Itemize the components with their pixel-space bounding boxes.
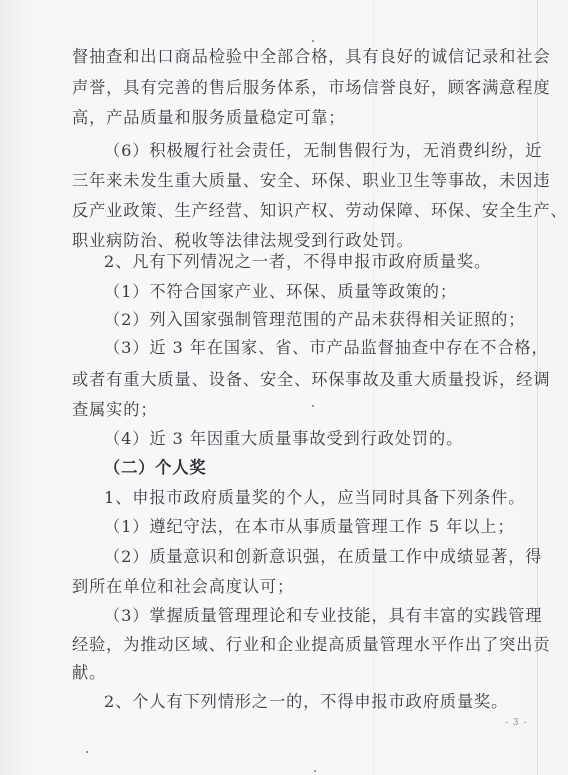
text-line: 献。 [72,658,484,688]
text-line: 三年来未发生重大质量、安全、环保、职业卫生等事故，未因违 [72,166,484,196]
text-line: 到所在单位和社会高度认可； [72,572,484,602]
text-line: （2）列入国家强制管理范围的产品未获得相关证照的； [104,305,516,335]
text-line: 经验，为推动区域、行业和企业提高质量管理水平作出了突出贡 [72,630,484,660]
text-line: （4）近 3 年因重大质量事故受到行政处罚的。 [104,424,516,454]
scanned-page: 督抽查和出口商品检验中全部合格，具有良好的诚信记录和社会 声誉，具有完善的售后服… [0,0,568,775]
text-line: 查属实的； [72,395,484,425]
scan-speck [314,770,316,772]
text-line: 2、凡有下列情况之一者，不得申报市政府质量奖。 [104,247,516,277]
text-line: 高，产品质量和服务质量稳定可靠； [72,103,484,133]
text-line: （3）掌握质量管理理论和专业技能，具有丰富的实践管理 [104,601,516,631]
text-line: 督抽查和出口商品检验中全部合格，具有良好的诚信记录和社会 [72,42,484,72]
text-line: （3）近 3 年在国家、省、市产品监督抽查中存在不合格， [104,333,516,363]
text-line: （6）积极履行社会责任，无制售假行为，无消费纠纷，近 [104,136,516,166]
text-line: （2）质量意识和创新意识强，在质量工作中成绩显著，得 [104,542,516,572]
scan-speck [312,40,314,42]
text-line: （1）遵纪守法，在本市从事质量管理工作 5 年以上； [104,512,516,542]
text-line: 声誉，具有完善的售后服务体系，市场信誉良好，顾客满意程度 [72,73,484,103]
text-line: 1、申报市政府质量奖的个人，应当同时具备下列条件。 [104,483,516,513]
text-line: 反产业政策、生产经营、知识产权、劳动保障、环保、安全生产、 [72,196,484,226]
section-heading: （二）个人奖 [104,453,516,483]
text-line: （1）不符合国家产业、环保、质量等政策的； [104,277,516,307]
text-line: 2、个人有下列情形之一的，不得申报市政府质量奖。 [104,687,516,717]
page-number: - 3 - [505,718,528,728]
scan-speck [312,405,314,407]
scan-speck [86,751,88,753]
text-line: 或者有重大质量、设备、安全、环保事故及重大质量投诉，经调 [72,365,484,395]
